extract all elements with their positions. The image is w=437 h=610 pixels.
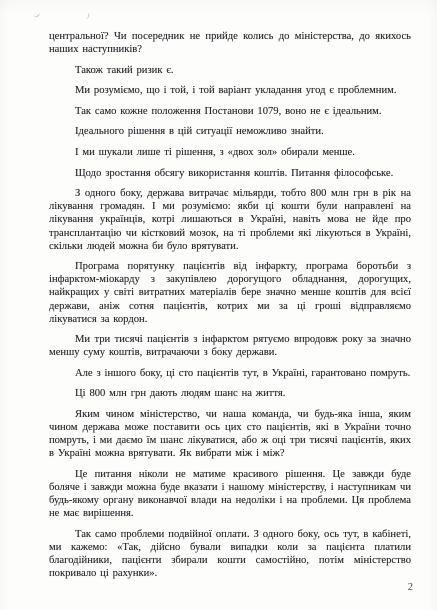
- page-number: 2: [408, 582, 413, 593]
- paragraph: Щодо зростання обсягу використання кошті…: [49, 167, 411, 180]
- pencil-mark-icon: [84, 13, 90, 20]
- paragraph: Це питання ніколи не матиме красивого рі…: [49, 468, 411, 520]
- paragraph: Також такий ризик є.: [49, 64, 411, 77]
- paragraph: Ідеального рішення в цій ситуації неможл…: [49, 125, 411, 138]
- scanned-document-page: центральної? Чи посередник не прийде кол…: [0, 0, 437, 610]
- paragraph: Ми три тисячі пацієнтів з інфарктом ряту…: [49, 333, 411, 359]
- paragraph: Так само кожне положення Постанови 1079,…: [49, 105, 411, 118]
- paragraph: І ми шукали лише ті рішення, з «двох зол…: [49, 146, 411, 159]
- paragraph: Програма порятунку пацієнтів від інфаркт…: [49, 260, 411, 325]
- paragraph: З одного боку, держава витрачає мільярди…: [49, 187, 411, 252]
- pencil-mark-icon: [32, 10, 41, 18]
- document-body: центральної? Чи посередник не прийде кол…: [49, 30, 411, 588]
- paragraph: центральної? Чи посередник не прийде кол…: [49, 30, 411, 56]
- paragraph: Так само проблеми подвійної оплати. З од…: [49, 528, 411, 580]
- paragraph: Ці 800 млн грн дають людям шанс на життя…: [49, 387, 411, 400]
- paragraph: Яким чином міністерство, чи наша команда…: [49, 408, 411, 460]
- paragraph: Але з іншого боку, ці сто пацієнтів тут,…: [49, 367, 411, 380]
- paragraph: Ми розуміємо, що і той, і той варіант ук…: [49, 84, 411, 97]
